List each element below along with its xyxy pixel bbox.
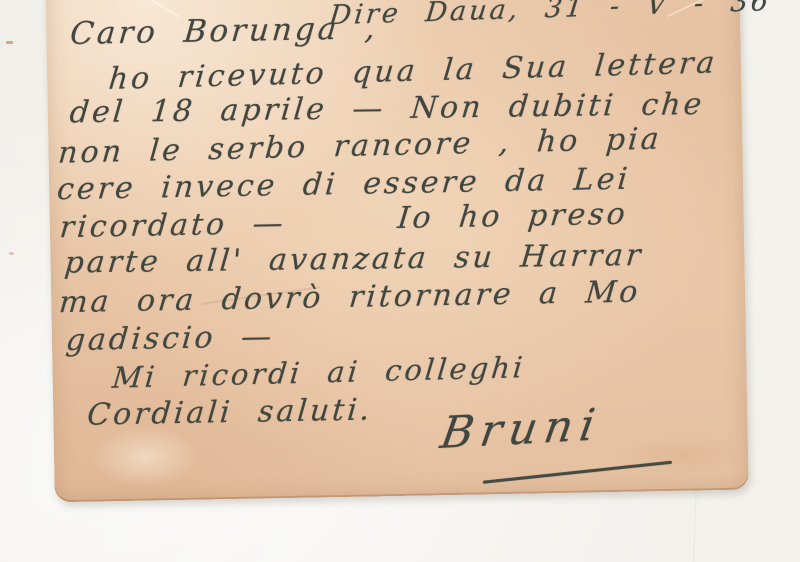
signature-underline bbox=[483, 461, 672, 484]
body-line: Io ho preso bbox=[396, 197, 630, 236]
body-line: parte all' avanzata su Harrar bbox=[63, 238, 645, 281]
signature: Bruni bbox=[437, 399, 605, 459]
body-line: gadiscio — bbox=[64, 319, 275, 358]
closing-line: Cordiali saluti. bbox=[86, 392, 374, 432]
dateline: Dire Daua, 31 - V - 36 bbox=[328, 0, 773, 31]
red-speck-artifact bbox=[6, 41, 13, 44]
worn-corner-patch bbox=[90, 426, 201, 488]
salutation: Caro Borunga , bbox=[69, 10, 380, 52]
body-line: Mi ricordi ai colleghi bbox=[111, 350, 527, 395]
body-line: ma ora dovrò ritornare a Mo bbox=[58, 275, 642, 321]
red-speck-artifact bbox=[9, 252, 14, 255]
scanned-photo-background: Dire Daua, 31 - V - 36 Caro Borunga , ho… bbox=[0, 0, 800, 562]
postcard: Dire Daua, 31 - V - 36 Caro Borunga , ho… bbox=[45, 0, 749, 502]
paper-stain bbox=[614, 433, 755, 476]
body-line: ricordato — bbox=[58, 206, 287, 245]
